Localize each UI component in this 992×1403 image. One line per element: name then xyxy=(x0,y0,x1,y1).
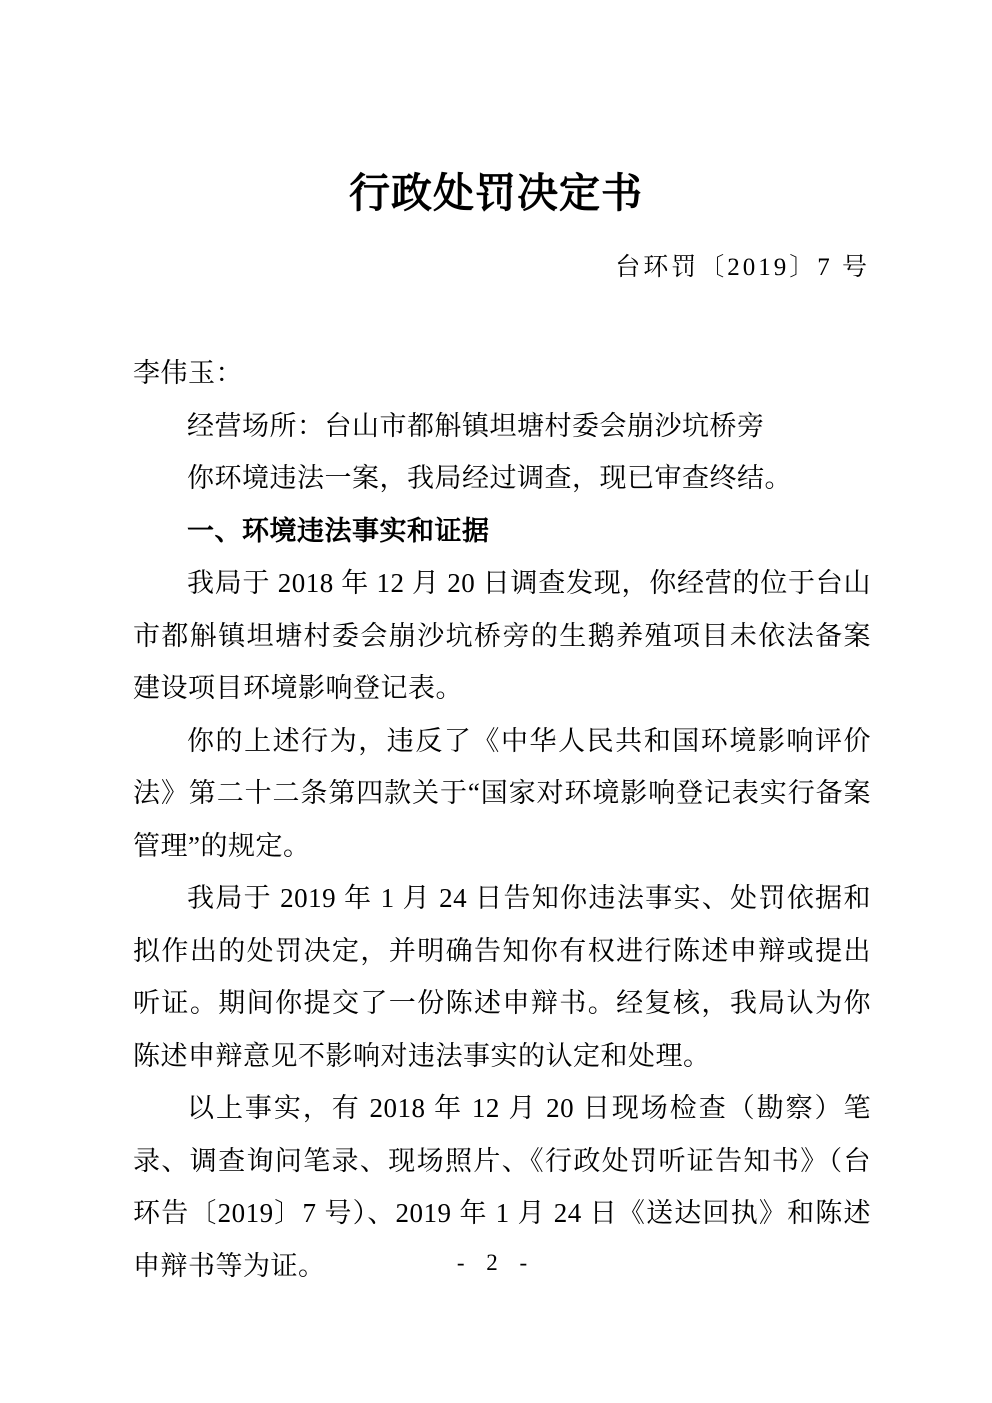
paragraph-case-intro: 你环境违法一案，我局经过调查，现已审查终结。 xyxy=(133,452,871,505)
document-page: 行政处罚决定书 台环罚〔2019〕7 号 李伟玉： 经营场所：台山市都斛镇坦塘村… xyxy=(0,0,992,1403)
paragraph-business-location: 经营场所：台山市都斛镇坦塘村委会崩沙坑桥旁 xyxy=(133,400,871,453)
paragraph-investigation-facts: 我局于 2018 年 12 月 20 日调查发现，你经营的位于台山市都斛镇坦塘村… xyxy=(133,557,871,715)
page-number: - 2 - xyxy=(0,1250,992,1276)
document-body: 李伟玉： 经营场所：台山市都斛镇坦塘村委会崩沙坑桥旁 你环境违法一案，我局经过调… xyxy=(133,347,871,1292)
paragraph-law-violation: 你的上述行为，违反了《中华人民共和国环境影响评价法》第二十二条第四款关于“国家对… xyxy=(133,715,871,873)
document-title: 行政处罚决定书 xyxy=(0,160,992,219)
paragraph-penalty-notification: 我局于 2019 年 1 月 24 日告知你违法事实、处罚依据和拟作出的处罚决定… xyxy=(133,872,871,1082)
section-heading-facts-and-evidence: 一、环境违法事实和证据 xyxy=(133,505,871,558)
addressee-name: 李伟玉： xyxy=(133,347,871,400)
document-reference-number: 台环罚〔2019〕7 号 xyxy=(615,247,870,283)
